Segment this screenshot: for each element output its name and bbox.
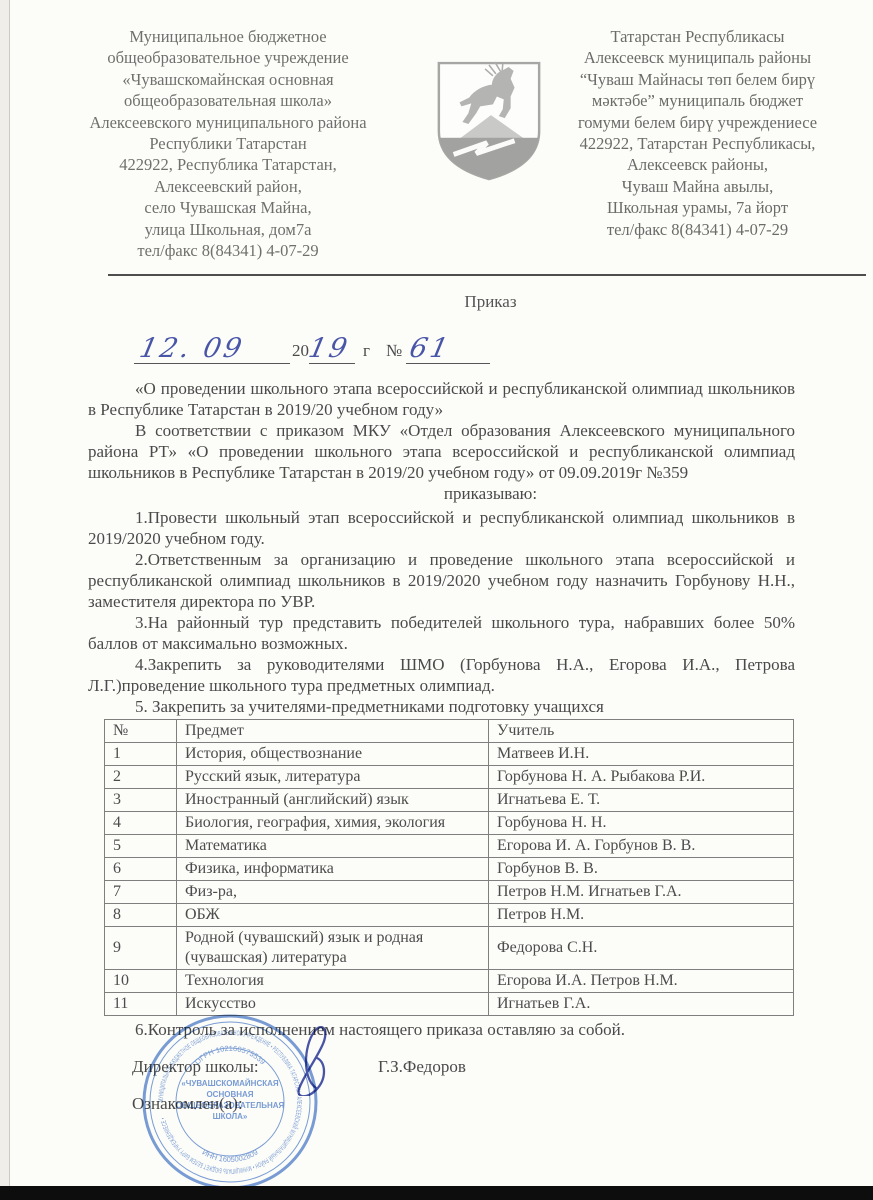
cell-subject: Родной (чувашский) язык и родная (чувашс… [177, 927, 489, 970]
cell-subject: Биология, география, химия, экология [177, 812, 489, 835]
handwritten-number: 61 [407, 335, 453, 363]
cell-num: 10 [105, 970, 177, 993]
cell-subject: Технология [177, 970, 489, 993]
letterhead-line: гомуми белем бирү учреждениесе [550, 112, 845, 133]
letterhead-line: общеобразовательная школа» [28, 90, 428, 111]
table-row: 6 Физика, информатика Горбунов В. В. [105, 858, 794, 881]
handwritten-date: 12. 09 [137, 335, 247, 363]
table-row: 4 Биология, география, химия, экология Г… [105, 812, 794, 835]
letterhead-line: мәктәбе” муниципаль бюджет [550, 90, 845, 111]
cell-teacher: Егорова И. А. Горбунов В. В. [489, 835, 794, 858]
cell-num: 5 [105, 835, 177, 858]
letterhead-line: 422922, Татарстан Республикасы, [550, 133, 845, 154]
col-header-teacher: Учитель [489, 720, 794, 743]
order-item-4: 4.Закрепить за руководителями ШМО (Горбу… [88, 654, 795, 696]
letterhead-line: тел/факс 8(84341) 4-07-29 [550, 219, 845, 240]
cell-subject: Русский язык, литература [177, 766, 489, 789]
cell-subject: Физика, информатика [177, 858, 489, 881]
date-underline: 12. 09 [134, 335, 290, 364]
table-row: 9 Родной (чувашский) язык и родная (чува… [105, 927, 794, 970]
letterhead-line: общеобразовательное учреждение [28, 47, 428, 68]
number-underline: 61 [406, 335, 490, 364]
director-name: Г.З.Федоров [378, 1056, 466, 1077]
cell-num: 2 [105, 766, 177, 789]
col-header-subject: Предмет [177, 720, 489, 743]
cell-subject: Математика [177, 835, 489, 858]
order-title: Приказ [137, 291, 844, 312]
table-row: 10 Технология Егорова И.А. Петров Н.М. [105, 970, 794, 993]
year-underline: 19 [309, 335, 355, 364]
letterhead-line: “Чуваш Майнасы төп белем бирү [550, 69, 845, 90]
order-item-1: 1.Провести школьный этап всероссийской и… [88, 507, 795, 549]
order-subject: «О проведении школьного этапа всероссийс… [88, 378, 795, 420]
stamp-center-line: ОБЩЕОБРАЗОВАТЕЛЬНАЯ [176, 1101, 285, 1110]
letterhead-russian: Муниципальное бюджетное общеобразователь… [28, 26, 428, 261]
letterhead-line: 422922, Республика Татарстан, [28, 154, 428, 175]
cell-teacher: Петров Н.М. Игнатьев Г.А. [489, 881, 794, 904]
cell-teacher: Горбунова Н. Н. [489, 812, 794, 835]
cell-num: 9 [105, 927, 177, 970]
letterhead-line: Республики Татарстан [28, 133, 428, 154]
scan-bottom-edge [0, 1186, 873, 1200]
table-header-row: № Предмет Учитель [105, 720, 794, 743]
stamp-center-line: «ЧУВАШСКОМАЙНСКАЯ [181, 1079, 279, 1088]
cell-subject: Физ-ра, [177, 881, 489, 904]
cell-num: 6 [105, 858, 177, 881]
cell-teacher: Горбунова Н. А. Рыбакова Р.И. [489, 766, 794, 789]
number-sign: № [386, 340, 402, 364]
cell-teacher: Матвеев И.Н. [489, 743, 794, 766]
svg-text:ОГРН 102160575539: ОГРН 102160575539 [193, 1044, 267, 1067]
scanned-page: Муниципальное бюджетное общеобразователь… [0, 0, 873, 1200]
order-item-2: 2.Ответственным за организацию и проведе… [88, 549, 795, 612]
scan-left-edge [0, 0, 10, 1200]
coat-of-arms [428, 26, 550, 261]
handwritten-year: 19 [306, 335, 352, 363]
year-suffix: г [363, 340, 370, 364]
stamp-center-line: ШКОЛА» [213, 1112, 248, 1121]
order-body: Приказ 12. 09 2019 г № 61 «О проведении … [88, 283, 795, 1114]
order-item-5: 5. Закрепить за учителями-предметниками … [88, 696, 795, 717]
table-row: 5 Математика Егорова И. А. Горбунов В. В… [105, 835, 794, 858]
table-row: 2 Русский язык, литература Горбунова Н. … [105, 766, 794, 789]
letterhead-line: село Чувашская Майна, [28, 197, 428, 218]
table-row: 8 ОБЖ Петров Н.М. [105, 904, 794, 927]
cell-teacher: Егорова И.А. Петров Н.М. [489, 970, 794, 993]
cell-subject: Иностранный (английский) язык [177, 789, 489, 812]
letterhead-line: Алексеевский район, [28, 176, 428, 197]
letterhead-line: Алексеевского муниципального района [28, 112, 428, 133]
letterhead-line: тел/факс 8(84341) 4-07-29 [28, 240, 428, 261]
cell-num: 8 [105, 904, 177, 927]
svg-text:ИНН 1605002809: ИНН 1605002809 [201, 1148, 260, 1164]
letterhead-line: улица Школьная, дом7а [28, 219, 428, 240]
letterhead-tatar: Татарстан Республикасы Алексеевск муници… [550, 26, 845, 261]
cell-subject: ОБЖ [177, 904, 489, 927]
cell-teacher: Игнатьева Е. Т. [489, 789, 794, 812]
cell-num: 7 [105, 881, 177, 904]
letterhead-line: Чуваш Майна авылы, [550, 176, 845, 197]
letterhead-line: Алексеевск муниципаль районы [550, 47, 845, 68]
decree-word: приказываю: [137, 483, 844, 504]
coat-of-arms-icon [430, 56, 548, 194]
cell-teacher: Петров Н.М. [489, 904, 794, 927]
cell-teacher: Федорова С.Н. [489, 927, 794, 970]
cell-num: 3 [105, 789, 177, 812]
table-row: 7 Физ-ра, Петров Н.М. Игнатьев Г.А. [105, 881, 794, 904]
letterhead-line: «Чувашскомайнская основная [28, 69, 428, 90]
cell-teacher: Горбунов В. В. [489, 858, 794, 881]
col-header-num: № [105, 720, 177, 743]
letterhead-line: Школьная урамы, 7а йорт [550, 197, 845, 218]
letterhead-line: Татарстан Республикасы [550, 26, 845, 47]
stamp-center-line: ОСНОВНАЯ [206, 1090, 253, 1099]
cell-subject: История, обществознание [177, 743, 489, 766]
order-preamble: В соответствии с приказом МКУ «Отдел обр… [88, 420, 795, 483]
letterhead: Муниципальное бюджетное общеобразователь… [28, 26, 845, 261]
letterhead-line: Алексеевск районы, [550, 154, 845, 175]
cell-num: 1 [105, 743, 177, 766]
stamp-inn: ИНН 1605002809 [201, 1148, 260, 1164]
cell-teacher: Игнатьев Г.А. [489, 993, 794, 1016]
director-signature-ink [284, 1020, 340, 1096]
order-item-3: 3.На районный тур представить победителе… [88, 612, 795, 654]
stamp-ogrn: ОГРН 102160575539 [193, 1044, 267, 1067]
table-row: 1 История, обществознание Матвеев И.Н. [105, 743, 794, 766]
order-date-line: 12. 09 2019 г № 61 [134, 322, 795, 364]
table-row: 3 Иностранный (английский) язык Игнатьев… [105, 789, 794, 812]
letterhead-line: Муниципальное бюджетное [28, 26, 428, 47]
header-divider [108, 274, 866, 276]
cell-num: 4 [105, 812, 177, 835]
teachers-table: № Предмет Учитель 1 История, обществозна… [104, 719, 794, 1016]
